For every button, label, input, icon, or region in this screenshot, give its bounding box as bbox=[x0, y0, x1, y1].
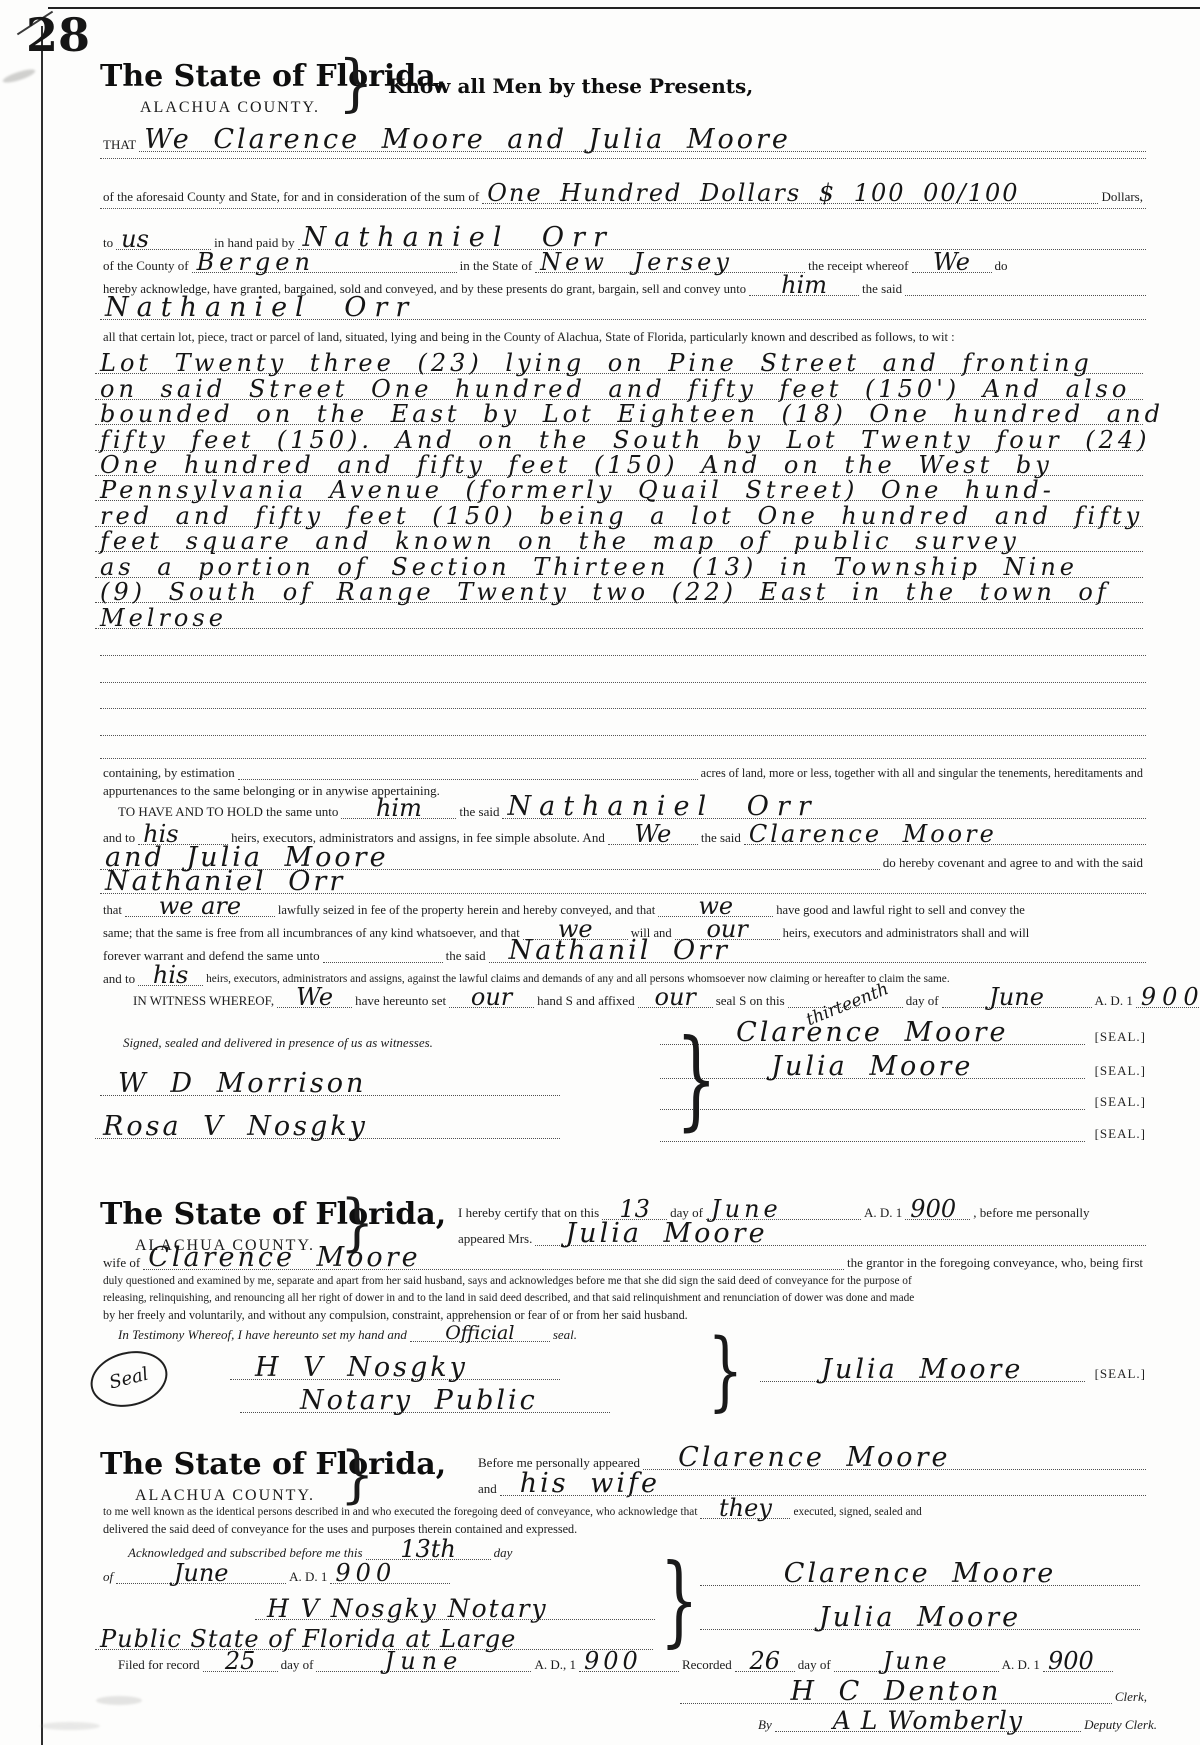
grantor-names-handwriting: We Clarence Moore and Julia Moore bbox=[139, 129, 796, 151]
payer-handwriting: Nathaniel Orr bbox=[298, 227, 619, 249]
description-handwriting: Lot Twenty three (23) lying on Pine Stre… bbox=[95, 354, 1098, 373]
notary-signature: H V Nosgky bbox=[230, 1357, 473, 1379]
grantee-county-handwriting: Bergen bbox=[192, 253, 320, 272]
to-have-label: TO HAVE AND TO HOLD the same unto bbox=[115, 805, 341, 819]
his-handwriting: his bbox=[148, 966, 193, 985]
filed-day-handwriting: 25 bbox=[220, 1652, 261, 1671]
seal-stamp-handwriting: Seal bbox=[103, 1366, 154, 1392]
testimony-line: In Testimony Whereof, I have hereunto se… bbox=[115, 1320, 705, 1342]
ruled-line bbox=[100, 655, 1146, 656]
testimony-label: In Testimony Whereof, I have hereunto se… bbox=[115, 1328, 410, 1342]
ruled-line bbox=[100, 158, 1146, 159]
recorded-year-handwriting: 900 bbox=[1043, 1652, 1099, 1671]
appeared-label: appeared Mrs. bbox=[455, 1232, 535, 1246]
consideration-label: of the aforesaid County and State, for a… bbox=[100, 190, 482, 204]
grantee-state-handwriting: New Jersey bbox=[535, 253, 738, 272]
description-handwriting: bounded on the East by Lot Eighteen (18)… bbox=[95, 405, 1169, 424]
paid-by-line: to us in hand paid by Nathaniel Orr bbox=[100, 228, 1146, 250]
grantee-handwriting: Nathanil Orr bbox=[489, 940, 735, 962]
and-label: and bbox=[475, 1482, 500, 1496]
grantor2-signature: Julia Moore bbox=[766, 1056, 978, 1078]
county-state-line: of the County of Bergen in the State of … bbox=[100, 251, 1146, 273]
seized-label: lawfully seized in fee of the property h… bbox=[275, 904, 658, 917]
month-year-line: of June A. D. 1 900 bbox=[100, 1562, 555, 1584]
ack-signature-row: Clarence Moore bbox=[700, 1556, 1140, 1586]
right-label: have good and lawful right to sell and c… bbox=[773, 904, 1028, 917]
ad-label: A. D. 1 bbox=[1092, 994, 1136, 1008]
dower-signature-row: Julia Moore [SEAL.] bbox=[760, 1352, 1146, 1382]
we-are-handwriting: we are bbox=[154, 897, 246, 916]
scan-noise bbox=[2, 67, 37, 85]
consideration-line: of the aforesaid County and State, for a… bbox=[100, 182, 1146, 204]
ad-label: A. D., 1 bbox=[531, 1658, 579, 1672]
the-said-label: the said bbox=[456, 805, 502, 819]
ruled-line bbox=[100, 708, 1146, 709]
covenant-label: do hereby covenant and agree to and with… bbox=[880, 856, 1146, 870]
scanned-deed-page: 28 The State of Florida, ALACHUA COUNTY.… bbox=[0, 0, 1200, 1745]
receipt-handwriting: We bbox=[928, 253, 975, 272]
seals-label: seal S on this bbox=[713, 994, 788, 1008]
filed-recorded-line: Filed for record 25 day of June A. D., 1… bbox=[115, 1650, 1146, 1672]
day-label: day bbox=[491, 1546, 516, 1560]
signature-row: [SEAL.] bbox=[660, 1118, 1146, 1142]
and-to-label: and to bbox=[100, 972, 138, 986]
description-line: feet square and known on the map of publ… bbox=[95, 524, 1143, 552]
warrant-line: forever warrant and defend the same unto… bbox=[100, 941, 1146, 963]
wife-handwriting: his wife bbox=[500, 1473, 665, 1495]
appeared-line: appeared Mrs. Julia Moore bbox=[455, 1224, 1146, 1246]
grantors-line: THAT We Clarence Moore and Julia Moore bbox=[100, 130, 1146, 152]
month-handwriting: June bbox=[706, 1200, 787, 1219]
the-said-label: the said bbox=[443, 949, 489, 963]
description-line: Melrose bbox=[95, 601, 1143, 629]
set-label: have hereunto set bbox=[352, 994, 449, 1008]
free-label: same; that the same is free from all inc… bbox=[100, 927, 523, 940]
state-of-label: in the State of bbox=[457, 259, 536, 273]
grantee-repeat-line: Nathaniel Orr bbox=[100, 872, 1146, 894]
seal-tag: [SEAL.] bbox=[1085, 1029, 1146, 1045]
day-handwriting: 13 bbox=[614, 1200, 655, 1219]
notary-brace: } bbox=[708, 1328, 744, 1414]
official-handwriting: Official bbox=[440, 1326, 519, 1341]
ad-label: A. D. 1 bbox=[999, 1658, 1043, 1672]
before-appeared-line: Before me personally appeared Clarence M… bbox=[475, 1448, 1146, 1470]
description-line: One hundred and fifty feet (150) And on … bbox=[95, 448, 1143, 476]
recorded-month-handwriting: June bbox=[878, 1652, 955, 1671]
year-handwriting: 900 bbox=[1136, 988, 1200, 1007]
filed-year-handwriting: 900 bbox=[579, 1652, 647, 1671]
day-of-label: day of bbox=[795, 1658, 834, 1672]
county-of-label: of the County of bbox=[100, 259, 192, 273]
year-handwriting: 900 bbox=[905, 1200, 961, 1219]
clerk-label: Clerk, bbox=[1112, 1690, 1150, 1704]
month-handwriting: June bbox=[984, 988, 1049, 1007]
seal-tag: [SEAL.] bbox=[1085, 1094, 1146, 1110]
month-handwriting: June bbox=[169, 1564, 234, 1583]
witness1-signature: W D Morrison bbox=[100, 1073, 371, 1095]
ruled-line bbox=[100, 735, 1146, 736]
julia-signature: Julia Moore bbox=[816, 1359, 1028, 1381]
deputy-clerk-label: Deputy Clerk. bbox=[1081, 1718, 1160, 1732]
before-label: , before me personally bbox=[970, 1206, 1092, 1220]
witness2-line: Rosa V Nosgky bbox=[95, 1108, 560, 1139]
seal-tag: [SEAL.] bbox=[1085, 1063, 1146, 1079]
notary-brace: } bbox=[660, 1552, 699, 1650]
payee-handwriting: us bbox=[116, 230, 154, 249]
notary-line2: Public State of Florida at Large bbox=[95, 1617, 653, 1650]
seal-tag: [SEAL.] bbox=[1085, 1126, 1146, 1142]
our-handwriting: our bbox=[466, 988, 517, 1007]
description-line: red and fifty feet (150) being a lot One… bbox=[95, 499, 1143, 527]
that-label: that bbox=[100, 904, 125, 917]
do-label: do bbox=[992, 259, 1011, 273]
seized-line: that we are lawfully seized in fee of th… bbox=[100, 895, 1146, 917]
amount-handwriting: One Hundred Dollars $ 100 00/100 bbox=[482, 184, 1024, 203]
unto-handwriting: him bbox=[776, 276, 832, 295]
filed-month-handwriting: June bbox=[380, 1652, 469, 1671]
delivered-line: delivered the said deed of conveyance fo… bbox=[100, 1514, 900, 1536]
day-of-label: day of bbox=[278, 1658, 317, 1672]
subscribed-line: Acknowledged and subscribed before me th… bbox=[125, 1538, 655, 1560]
the-said-label: the said bbox=[698, 831, 744, 845]
unto-handwriting: him bbox=[371, 799, 427, 818]
grantor1-handwriting: Clarence Moore bbox=[744, 825, 1002, 844]
deputy-clerk-signature: A L Womberly bbox=[828, 1711, 1028, 1731]
signature-row: Clarence Moore [SEAL.] bbox=[660, 1021, 1146, 1045]
delivered-label: delivered the said deed of conveyance fo… bbox=[100, 1523, 580, 1536]
witness2-signature: Rosa V Nosgky bbox=[95, 1116, 373, 1138]
grantee-handwriting: Nathaniel Orr bbox=[502, 796, 823, 818]
notary-signature-line: H V Nosgky bbox=[230, 1345, 560, 1380]
notary-seal-stamp: Seal bbox=[85, 1343, 174, 1414]
description-handwriting: (9) South of Range Twenty two (22) East … bbox=[95, 583, 1115, 602]
description-line: bounded on the East by Lot Eighteen (18)… bbox=[95, 397, 1143, 425]
day-of-label: day of bbox=[903, 994, 942, 1008]
ack-signature-row: Julia Moore bbox=[700, 1600, 1140, 1630]
that-label: THAT bbox=[100, 138, 139, 152]
presents-heading: Know all Men by these Presents, bbox=[388, 76, 753, 96]
description-handwriting: feet square and known on the map of publ… bbox=[95, 532, 1025, 551]
ruled-line bbox=[100, 682, 1146, 683]
certify-line: I hereby certify that on this 13 day of … bbox=[455, 1198, 1146, 1220]
we-handwriting: we bbox=[693, 897, 738, 916]
grantee-handwriting: Nathaniel Orr bbox=[100, 297, 421, 319]
dollars-label: Dollars, bbox=[1098, 190, 1146, 204]
grantor1-signature: Clarence Moore bbox=[779, 1563, 1061, 1585]
page-left-edge bbox=[41, 26, 43, 1745]
page-number: 28 bbox=[26, 8, 90, 62]
day-handwriting: 13th bbox=[395, 1540, 461, 1559]
grantor1-signature: Clarence Moore bbox=[731, 1022, 1013, 1044]
recorded-label: Recorded bbox=[679, 1658, 735, 1672]
witness1-line: W D Morrison bbox=[100, 1065, 560, 1096]
description-handwriting: Pennsylvania Avenue (formerly Quail Stre… bbox=[95, 481, 1060, 500]
ruled-line bbox=[100, 208, 1146, 209]
signature-row: Julia Moore [SEAL.] bbox=[660, 1055, 1146, 1079]
page-top-edge bbox=[48, 7, 1200, 9]
deed-title: The State of Florida, bbox=[100, 1200, 446, 1230]
his-handwriting: his bbox=[138, 825, 183, 844]
of-label: of bbox=[100, 1570, 116, 1584]
scan-noise bbox=[96, 1696, 142, 1705]
description-line: on said Street One hundred and fifty fee… bbox=[95, 372, 1143, 400]
deed-county: ALACHUA COUNTY. bbox=[140, 99, 320, 117]
heirs-label: heirs, executors and administrators shal… bbox=[780, 927, 1033, 940]
deputy-clerk-line: By A L Womberly Deputy Clerk. bbox=[755, 1706, 1160, 1732]
description-line: (9) South of Range Twenty two (22) East … bbox=[95, 575, 1143, 603]
warrant-label: forever warrant and defend the same unto bbox=[100, 949, 323, 963]
notary-line1: H V Nosgky Notary bbox=[255, 1587, 655, 1620]
we-handwriting: We bbox=[629, 825, 676, 844]
notary-title-handwriting: Notary Public bbox=[240, 1390, 543, 1412]
grantor-appeared-handwriting: Clarence Moore bbox=[643, 1447, 955, 1469]
description-line: fifty feet (150). And on the South by Lo… bbox=[95, 423, 1143, 451]
year-handwriting: 900 bbox=[330, 1564, 401, 1583]
ad-label: A. D. 1 bbox=[861, 1206, 905, 1220]
subscribed-label: Acknowledged and subscribed before me th… bbox=[125, 1546, 366, 1560]
description-line: as a portion of Section Thirteen (13) in… bbox=[95, 550, 1143, 578]
grantor2-signature: Julia Moore bbox=[814, 1607, 1026, 1629]
description-line: Pennsylvania Avenue (formerly Quail Stre… bbox=[95, 473, 1143, 501]
witness-caption-line: Signed, sealed and delivered in presence… bbox=[120, 1028, 640, 1050]
deed-title: The State of Florida, bbox=[100, 1450, 446, 1480]
hands-label: hand S and affixed bbox=[534, 994, 638, 1008]
we-handwriting: We bbox=[291, 988, 338, 1007]
in-witness-line: IN WITNESS WHEREOF, We have hereunto set… bbox=[130, 986, 1146, 1008]
scan-noise bbox=[40, 1722, 100, 1730]
the-said-label: the said bbox=[859, 282, 905, 296]
seal-tag: [SEAL.] bbox=[1085, 1366, 1146, 1382]
our-handwriting: our bbox=[650, 988, 701, 1007]
premises-line: all that certain lot, piece, tract or pa… bbox=[100, 322, 1160, 344]
description-handwriting: Melrose bbox=[95, 609, 232, 628]
notary-handwriting: H V Nosgky Notary bbox=[255, 1599, 553, 1619]
in-witness-label: IN WITNESS WHEREOF, bbox=[130, 994, 277, 1008]
recorded-day-handwriting: 26 bbox=[745, 1652, 786, 1671]
header-brace: } bbox=[338, 53, 374, 115]
and-wife-line: and his wife bbox=[475, 1474, 1146, 1496]
to-label: to bbox=[100, 236, 116, 250]
filed-label: Filed for record bbox=[115, 1658, 203, 1672]
description-line: Lot Twenty three (23) lying on Pine Stre… bbox=[95, 346, 1143, 374]
to-have-line: TO HAVE AND TO HOLD the same unto him th… bbox=[115, 797, 1146, 819]
clerk-signature: H C Denton bbox=[785, 1681, 1006, 1703]
premises-label: all that certain lot, piece, tract or pa… bbox=[100, 331, 958, 344]
witness-caption: Signed, sealed and delivered in presence… bbox=[120, 1036, 436, 1050]
ad-label: A. D. 1 bbox=[286, 1570, 330, 1584]
seal-word-label: seal. bbox=[550, 1328, 580, 1342]
clerk-line: H C Denton Clerk, bbox=[680, 1678, 1150, 1704]
notary-title-line: Notary Public bbox=[240, 1380, 610, 1413]
by-label: By bbox=[755, 1718, 775, 1732]
signature-row: [SEAL.] bbox=[660, 1086, 1146, 1110]
grantee-handwriting: Nathaniel Orr bbox=[100, 871, 350, 893]
witness-brace: } bbox=[676, 1026, 717, 1134]
wife-signature-handwriting: Julia Moore bbox=[535, 1223, 772, 1245]
grantee-name-line: Nathaniel Orr bbox=[100, 298, 1146, 320]
